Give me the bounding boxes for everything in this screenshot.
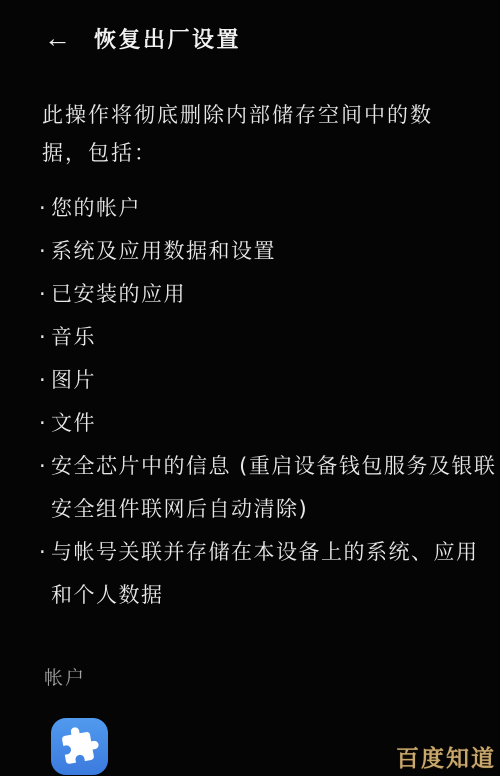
bullet-icon: ·	[39, 316, 46, 359]
list-item: · 安全芯片中的信息 (重启设备钱包服务及银联 安全组件联网后自动清除)	[40, 445, 500, 531]
list-item: · 文件	[40, 402, 500, 445]
list-item: · 与帐号关联并存储在本设备上的系统、应用 和个人数据	[40, 531, 500, 617]
list-item-line: 图片	[51, 359, 500, 402]
back-button[interactable]: ←	[44, 23, 76, 53]
header-bar: ← 恢复出厂设置	[0, 0, 500, 60]
list-item-line: 文件	[51, 402, 500, 445]
bullet-icon: ·	[39, 402, 46, 445]
list-item-line: 安全组件联网后自动清除)	[51, 488, 500, 531]
bullet-icon: ·	[39, 230, 46, 273]
intro-line: 据，包括：	[42, 134, 472, 172]
bullet-icon: ·	[39, 531, 46, 574]
watermark-text: 百度知道	[396, 740, 496, 773]
list-item: · 您的帐户	[40, 187, 500, 230]
list-item: · 图片	[40, 359, 500, 402]
account-app-row[interactable]	[51, 718, 108, 775]
bullet-icon: ·	[39, 359, 46, 402]
page-title: 恢复出厂设置	[94, 23, 241, 54]
section-label-account: 帐户	[44, 663, 500, 690]
list-item: · 系统及应用数据和设置	[40, 230, 500, 273]
back-arrow-icon: ←	[44, 25, 71, 52]
list-item: · 已安装的应用	[40, 273, 500, 316]
list-item-line: 系统及应用数据和设置	[51, 230, 500, 273]
bullet-icon: ·	[39, 445, 46, 488]
puzzle-piece-icon	[60, 725, 100, 769]
list-item-line: 音乐	[51, 316, 500, 359]
bullet-icon: ·	[39, 273, 46, 316]
factory-reset-screen: ← 恢复出厂设置 此操作将彻底删除内部储存空间中的数 据，包括： · 您的帐户 …	[0, 0, 500, 776]
list-item-line: 与帐号关联并存储在本设备上的系统、应用	[51, 531, 500, 574]
list-item-line: 您的帐户	[51, 187, 500, 230]
intro-line: 此操作将彻底删除内部储存空间中的数	[42, 96, 472, 134]
list-item-line: 和个人数据	[51, 574, 500, 617]
bullet-icon: ·	[39, 187, 46, 230]
intro-text: 此操作将彻底删除内部储存空间中的数 据，包括：	[42, 96, 472, 172]
list-item: · 音乐	[40, 316, 500, 359]
erase-items-list: · 您的帐户 · 系统及应用数据和设置 · 已安装的应用 · 音乐 · 图片 ·…	[40, 187, 500, 617]
list-item-line: 安全芯片中的信息 (重启设备钱包服务及银联	[51, 445, 500, 488]
list-item-line: 已安装的应用	[51, 273, 500, 316]
